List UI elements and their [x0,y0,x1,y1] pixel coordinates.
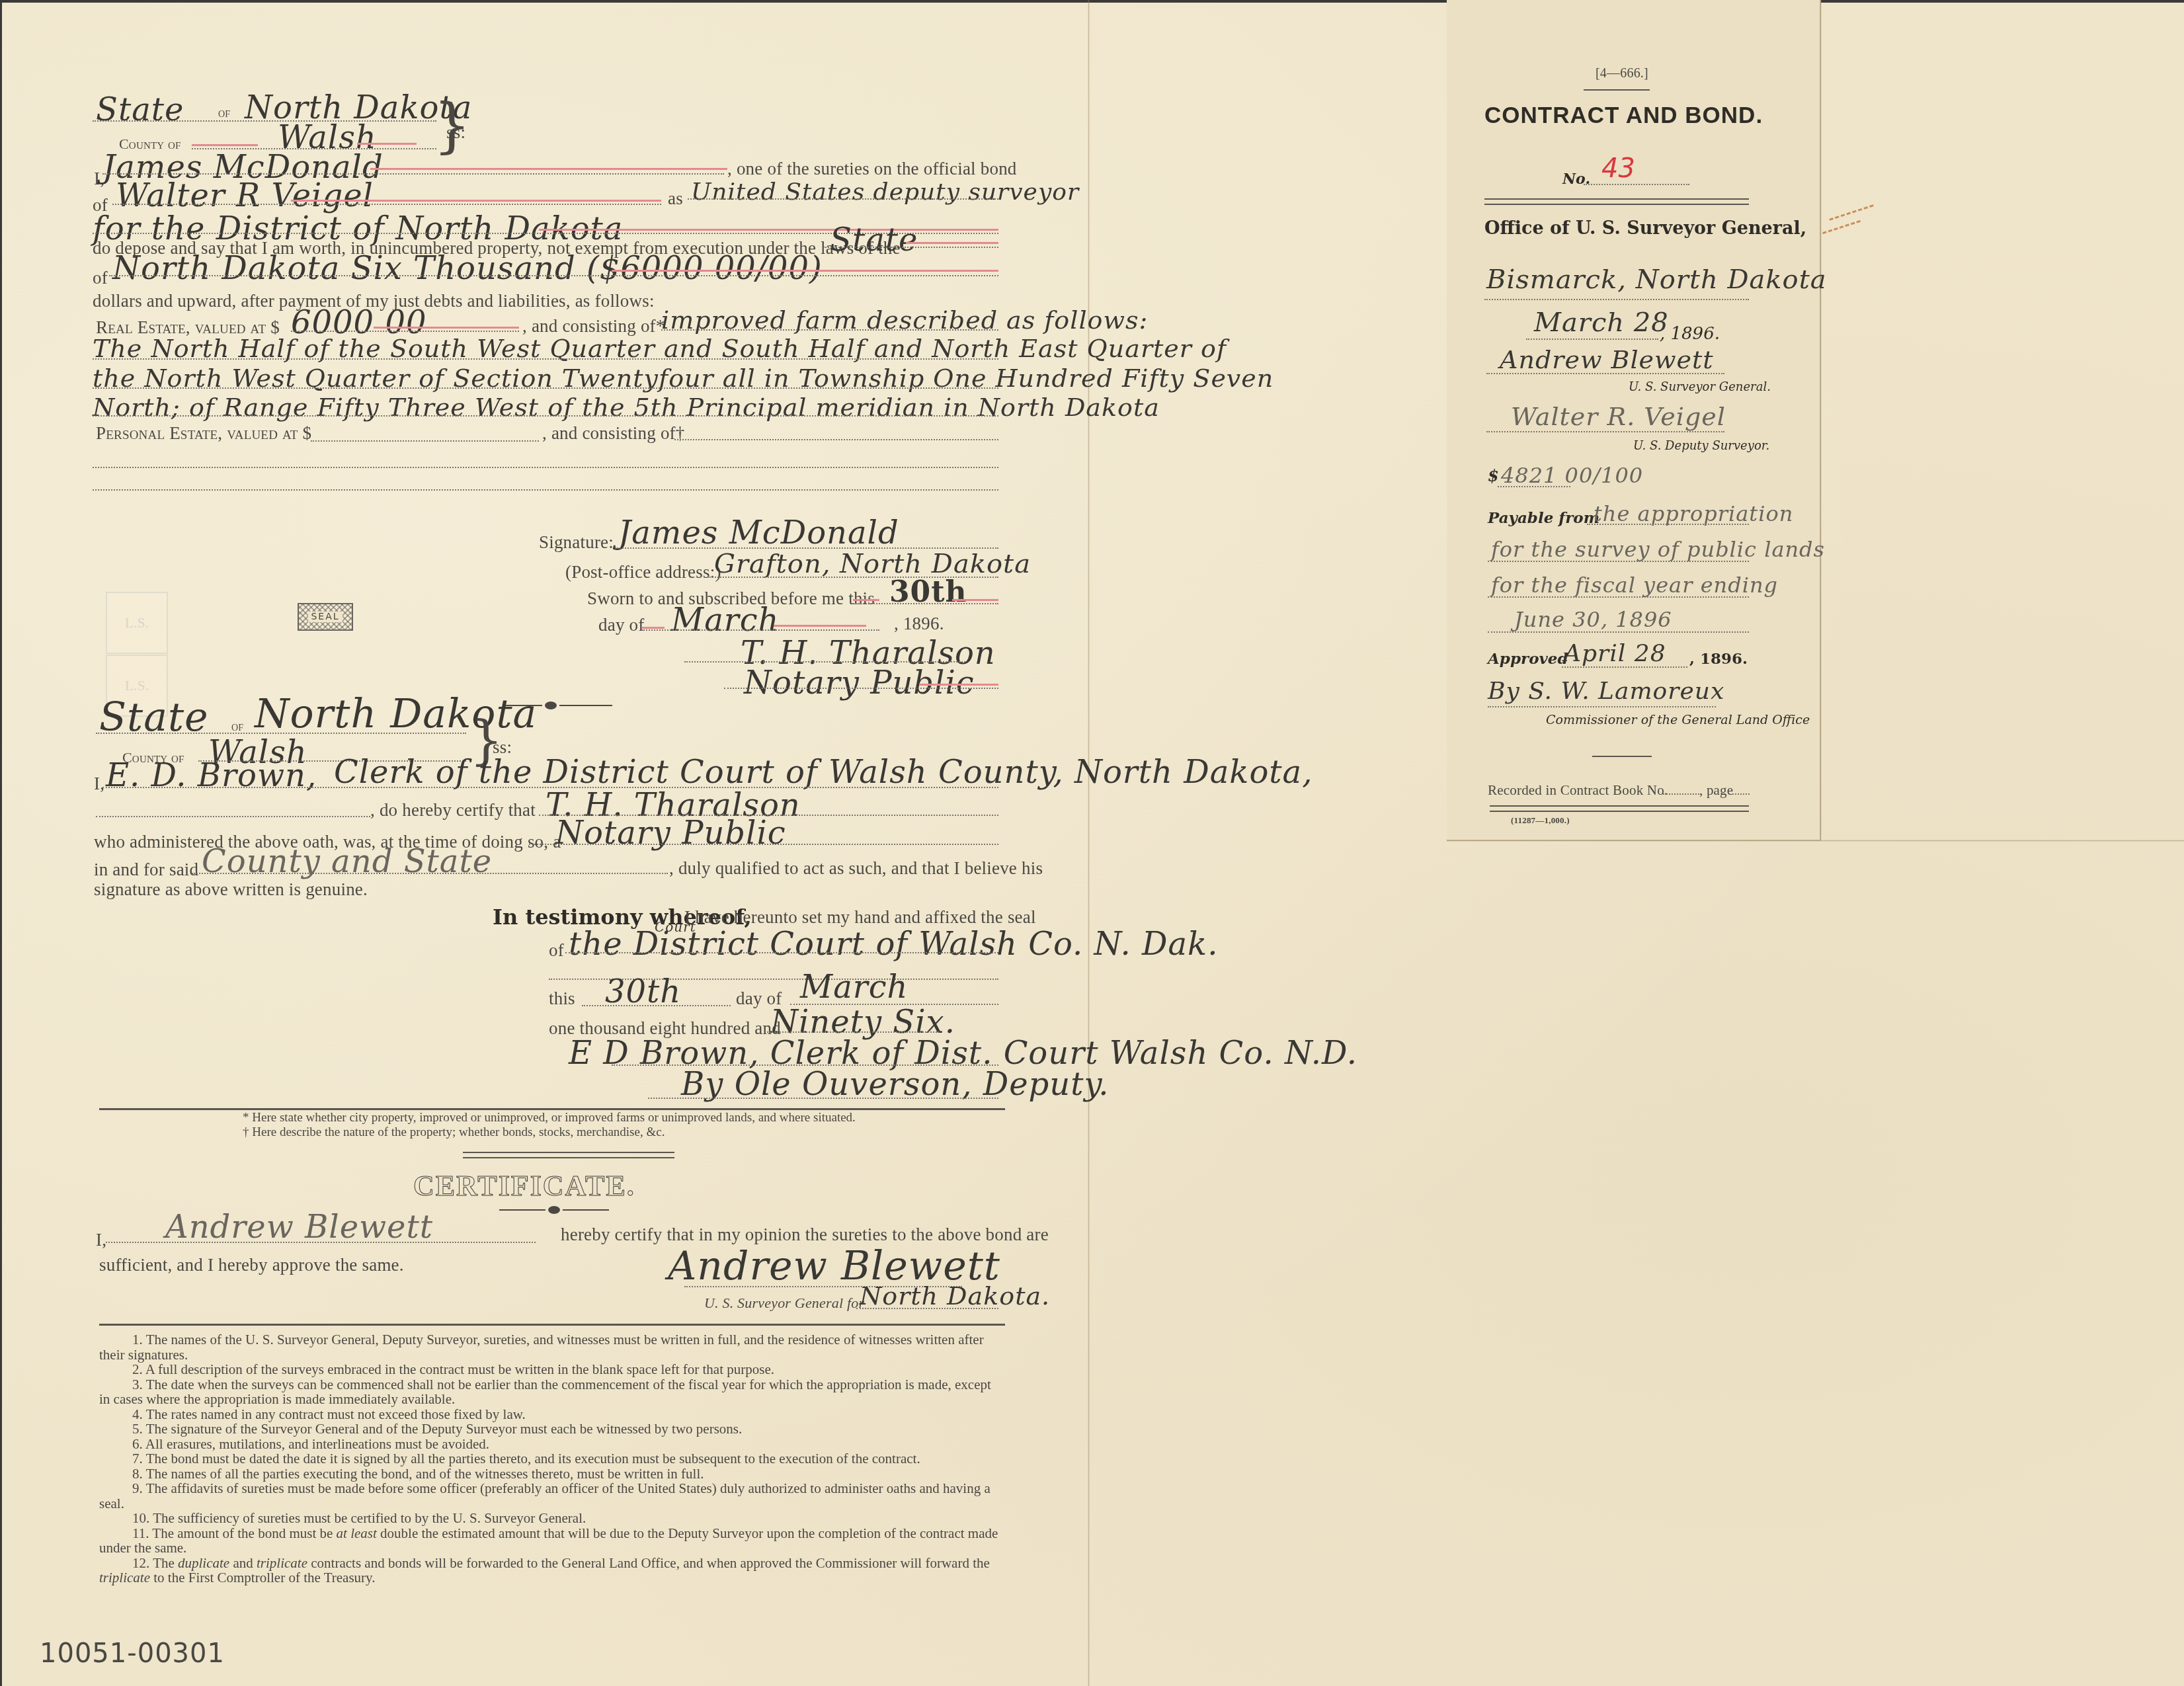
instruction-item: 8. The names of all the parties executin… [99,1466,1005,1482]
surveyor-general-label: U. S. Surveyor General. [1629,380,1771,394]
cover-year: , 1896. [1660,324,1720,344]
page-field [1732,793,1750,795]
recorded-in-label: Recorded in Contract Book No. [1488,782,1668,799]
page-label: , page [1699,782,1733,799]
post-office-label: (Post-office address:) [565,562,721,582]
seal-of: the District Court of Walsh Co. N. Dak. [569,926,1218,963]
ss-label: ss: [446,122,465,143]
approved-label: Approved [1488,650,1568,668]
instruction-item: 3. The date when the surveys can be comm… [99,1377,1005,1407]
ornament-divider [499,1205,609,1215]
cover-date: March 28 [1534,307,1669,338]
venue-state-label: State [96,91,184,128]
day-of-label: day of [598,615,644,635]
surety-suffix: , one of the sureties on the official bo… [727,159,1017,179]
seal-label: SEAL [308,612,342,622]
testimony-month: March [800,969,909,1006]
clerk-prefix: I, [94,774,104,794]
depose-value: State [830,221,918,259]
sworn-year: , 1896. [894,614,944,634]
principal-name: Walter R Veigel [116,177,374,214]
personal-consisting-label: , and consisting of† [542,423,684,444]
print-code: (11287—1,000.) [1511,815,1570,826]
instruction-item: 2. A full description of the surveys emb… [99,1362,1005,1377]
section-divider [99,1324,1005,1326]
genuine-text: signature as above written is genuine. [94,879,368,900]
payable-line-2: for the fiscal year ending [1491,573,1778,598]
commissioner-signature: By S. W. Lamoreux [1488,678,1724,705]
instruction-item: 6. All erasures, mutilations, and interl… [99,1437,1005,1452]
in-and-for-label: in and for said [94,860,198,880]
real-estate-desc-3: North; of Range Fifty Three West of the … [93,393,1160,422]
post-office-value: Grafton, North Dakota [714,549,1031,579]
footnote-dagger: † Here describe the nature of the proper… [243,1125,665,1140]
deputy-signature-cover: Walter R. Veigel [1511,402,1726,431]
fold-line [1088,0,1090,1686]
sworn-month: March [671,602,780,639]
certificate-title: CERTIFICATE. [413,1169,635,1203]
notary-office: Notary Public [555,815,786,852]
contract-no-value: 43 [1601,153,1635,184]
payable-line-1: for the survey of public lands [1491,537,1825,562]
jurisdiction: County and State [202,843,492,880]
signature-label: Signature: [539,532,614,553]
scan-edge-left [0,0,2,1686]
payable-line-0: the appropriation [1594,501,1793,526]
as-label: as [668,188,683,209]
approved-date: April 28 [1564,640,1666,667]
archive-id: 10051-00301 [40,1638,225,1669]
personal-estate-label: Personal Estate, valued at $ [96,423,311,444]
seal-placeholder: SEAL [298,603,353,631]
instruction-item: 9. The affidavits of sureties must be ma… [99,1481,1005,1511]
cover-place: Bismarck, North Dakota [1486,264,1827,295]
instruction-item: 7. The bond must be dated the date it is… [99,1451,1005,1466]
of-label: of [549,940,564,961]
personal-estate-value-field [311,440,539,442]
payable-line-3: June 30, 1896 [1514,607,1672,632]
instruction-item: 12. The duplicate and triplicate contrac… [99,1556,1005,1586]
certifier-prefix: I, [96,1230,106,1250]
instruction-item: 11. The amount of the bond must be at le… [99,1526,1005,1556]
instruction-item: 4. The rates named in any contract must … [99,1407,1005,1422]
contract-amount: 4821 00/100 [1501,463,1643,488]
instructions-list: 1. The names of the U. S. Surveyor Gener… [99,1332,1005,1586]
instruction-item: 10. The sufficiency of sureties must be … [99,1511,1005,1526]
clerk-name: E. D. Brown, [106,757,317,794]
of-label: of [93,268,108,288]
footnote-asterisk: * Here state whether city property, impr… [243,1111,856,1125]
certify-sureties-text: hereby certify that in my opinion the su… [561,1224,1049,1245]
certify-text: , do hereby certify that [370,800,536,821]
amount-symbol: $ [1488,466,1499,485]
worth-value: North Dakota Six Thousand ($6000 00/00) [112,250,823,287]
payable-label: Payable from [1488,509,1599,527]
surveyor-general-for-label: U. S. Surveyor General for [704,1295,864,1312]
surveyor-general-for-value: North Dakota. [860,1281,1050,1310]
principal-title: United States deputy surveyor [691,179,1079,206]
form-number: [4—666.] [1596,66,1648,81]
approved-year: , 1896. [1689,650,1748,668]
fold-line [1447,840,2184,842]
certifier-name: Andrew Blewett [165,1209,433,1246]
qualified-text: , duly qualified to act as such, and tha… [669,858,1043,879]
deputy-surveyor-label: U. S. Deputy Surveyor. [1633,439,1769,453]
this-label: this [549,988,575,1009]
contract-no-label: No. [1562,171,1590,188]
fold-line [1820,0,1822,840]
clerk-title: Clerk of the District Court of Walsh Cou… [334,754,1313,791]
testimony-text: I have hereunto set my hand and affixed … [684,907,1036,928]
surety-signature: James McDonald [618,514,899,551]
office-name: Office of U. S. Surveyor General, [1484,218,1806,239]
contract-book-no-field [1663,793,1699,795]
instruction-item: 1. The names of the U. S. Surveyor Gener… [99,1332,1005,1362]
notary-title: Notary Public [744,664,975,702]
instruction-item: 5. The signature of the Surveyor General… [99,1422,1005,1437]
scan-edge-top [0,0,2184,3]
sufficient-text: sufficient, and I hereby approve the sam… [99,1255,404,1275]
section-divider [99,1108,1005,1110]
double-rule [463,1152,674,1158]
bleedthrough-stamp: L.S. [106,592,168,654]
cover-title: CONTRACT AND BOND. [1484,102,1763,129]
surveyor-general-signature-cover: Andrew Blewett [1500,345,1714,374]
of-label: of [218,106,230,121]
commissioner-label: Commissioner of the General Land Office [1546,713,1810,727]
